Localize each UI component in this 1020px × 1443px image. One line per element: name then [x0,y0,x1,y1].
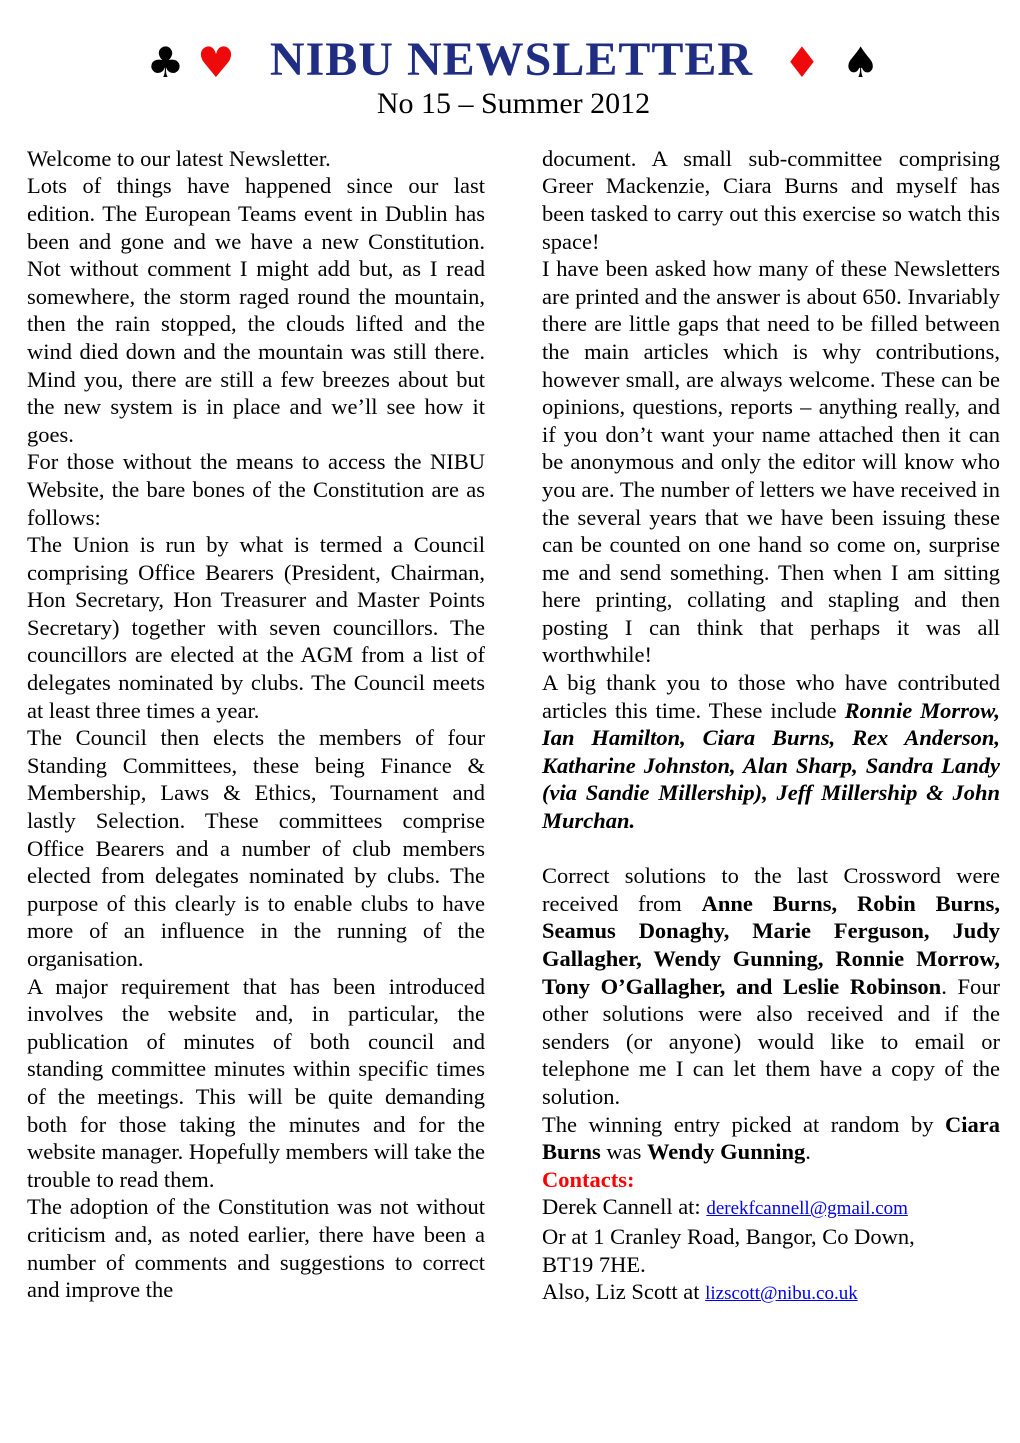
winner-name: Wendy Gunning [647,1139,805,1164]
winner-end: . [805,1139,811,1164]
paragraph-for-those-without: For those without the means to access th… [27,448,485,531]
diamond-suit-icon: ♦ [783,38,822,87]
newsletter-title-line: ♣♥NIBU NEWSLETTER♦♠ [27,34,1000,87]
paragraph-major-requirement: A major requirement that has been introd… [27,973,485,1194]
spade-suit-icon: ♠ [842,38,881,87]
paragraph-subcommittee: document. A small sub-committee comprisi… [542,145,1000,255]
newsletter-title: NIBU NEWSLETTER [270,33,753,86]
winner-intro: The winning entry picked at random by [542,1112,945,1137]
paragraph-crossword-solutions: Correct solutions to the last Crossword … [542,862,1000,1110]
heart-suit-icon: ♥ [197,38,236,87]
paragraph-constitution-adoption: The adoption of the Constitution was not… [27,1193,485,1303]
paragraph-print-run: I have been asked how many of these News… [542,255,1000,669]
club-suit-icon: ♣ [147,38,186,87]
contact-derek-line: Derek Cannell at: derekfcannell@gmail.co… [542,1193,1000,1223]
right-column: document. A small sub-committee comprisi… [542,145,1000,1308]
masthead: ♣♥NIBU NEWSLETTER♦♠ No 15 – Summer 2012 [27,34,1000,121]
winner-mid: was [601,1139,647,1164]
contact-liz-label: Also, Liz Scott at [542,1279,705,1304]
contacts-heading: Contacts: [542,1166,1000,1194]
contact-address-line1: Or at 1 Cranley Road, Bangor, Co Down, [542,1223,1000,1251]
contact-liz-line: Also, Liz Scott at lizscott@nibu.co.uk [542,1278,1000,1308]
contact-address-line2: BT19 7HE. [542,1251,1000,1279]
paragraph-winning-entry: The winning entry picked at random by Ci… [542,1111,1000,1166]
paragraph-standing-committees: The Council then elects the members of f… [27,724,485,972]
liz-email-link[interactable]: lizscott@nibu.co.uk [705,1283,858,1304]
paragraph-union-council: The Union is run by what is termed a Cou… [27,531,485,724]
left-column: Welcome to our latest Newsletter. Lots o… [27,145,485,1308]
paragraph-welcome: Welcome to our latest Newsletter. [27,145,485,173]
two-column-body: Welcome to our latest Newsletter. Lots o… [27,145,1000,1308]
paragraph-lots-of-things: Lots of things have happened since our l… [27,172,485,448]
derek-email-link[interactable]: derekfcannell@gmail.com [706,1198,908,1219]
newsletter-page: ♣♥NIBU NEWSLETTER♦♠ No 15 – Summer 2012 … [0,0,1020,1308]
issue-subtitle: No 15 – Summer 2012 [27,87,1000,121]
paragraph-contributors: A big thank you to those who have contri… [542,669,1000,835]
contact-derek-label: Derek Cannell at: [542,1194,706,1219]
